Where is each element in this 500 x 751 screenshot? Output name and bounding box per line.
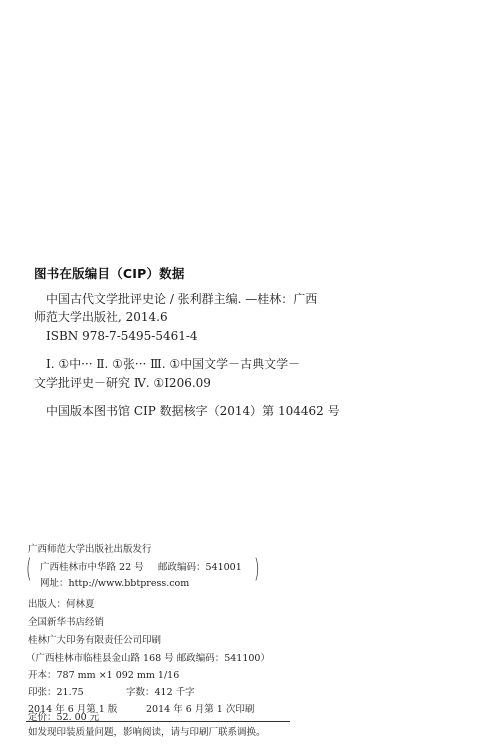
quality-notice: 如发现印装质量问题，影响阅读，请与印刷厂联系调换。 [28,724,266,738]
book-format: 开本：787 mm ×1 092 mm 1/16 [28,667,179,681]
divider-line [26,721,290,722]
isbn: ISBN 978-7-5495-5461-4 [46,327,198,345]
left-bracket: ( [26,556,32,582]
printed-sheets: 印张：21.75 [28,684,84,698]
right-bracket: ) [254,556,260,582]
distributor: 全国新华书店经销 [28,614,104,628]
printing: 2014 年 6 月第 1 次印刷 [146,701,254,715]
printer: 桂林广大印务有限责任公司印刷 [28,632,161,646]
cip-heading: 图书在版编目（CIP）数据 [34,264,185,282]
classification-line-2: 文学批评史－研究 Ⅳ. ①I206.09 [34,374,211,392]
word-count: 字数：412 千字 [126,684,195,698]
publisher-address: 广西桂林市中华路 22 号 [40,559,144,573]
publisher-website: 网址：http://www.bbtpress.com [40,575,189,589]
classification-line-1: Ⅰ. ①中··· Ⅱ. ①张··· Ⅲ. ①中国文学－古典文学－ [46,355,300,373]
cip-core-number: 中国版本图书馆 CIP 数据核字（2014）第 104462 号 [46,402,340,420]
publisher-line: 广西师范大学出版社出版发行 [28,541,152,555]
cip-title-line-2: 师范大学出版社, 2014.6 [34,308,168,326]
publisher-person: 出版人：何林夏 [28,596,95,610]
cip-title-line-1: 中国古代文学批评史论 / 张利群主编. —桂林：广西 [46,290,317,308]
publisher-postcode: 邮政编码：541001 [158,559,242,573]
printer-address: （广西桂林市临桂县金山路 168 号 邮政编码：541100） [26,650,270,664]
